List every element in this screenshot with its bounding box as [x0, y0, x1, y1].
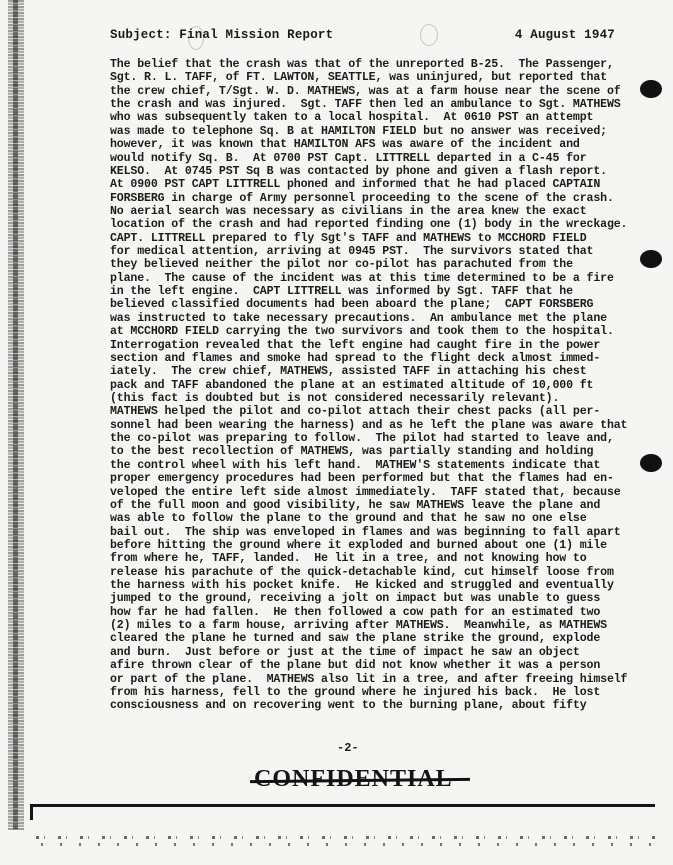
body-line: how far he had fallen. He then followed … — [110, 606, 630, 619]
body-line: iately. The crew chief, MATHEWS, assiste… — [110, 365, 630, 378]
body-line: they believed neither the pilot nor co-p… — [110, 258, 630, 271]
body-line: sonnel had been wearing the harness) and… — [110, 419, 630, 432]
body-line: before hitting the ground where it explo… — [110, 539, 630, 552]
body-line: the crash and was injured. Sgt. TAFF the… — [110, 98, 630, 111]
body-line: the co-pilot was preparing to follow. Th… — [110, 432, 630, 445]
body-line: however, it was known that HAMILTON AFS … — [110, 138, 630, 151]
footer-rule — [30, 804, 655, 807]
document-header: Subject: Final Mission Report 4 August 1… — [110, 28, 615, 44]
body-line: KELSO. At 0745 PST Sq B was contacted by… — [110, 165, 630, 178]
subject-line: Subject: Final Mission Report — [110, 28, 333, 42]
document-date: 4 August 1947 — [515, 28, 615, 42]
body-line: the control wheel with his left hand. MA… — [110, 459, 630, 472]
body-line: Interrogation revealed that the left eng… — [110, 339, 630, 352]
body-line: was instructed to take necessary precaut… — [110, 312, 630, 325]
body-line: MATHEWS helped the pilot and co-pilot at… — [110, 405, 630, 418]
body-line: from his harness, fell to the ground whe… — [110, 686, 630, 699]
body-line: cleared the plane he turned and saw the … — [110, 632, 630, 645]
body-line: afire thrown clear of the plane but did … — [110, 659, 630, 672]
body-line: who was subsequently taken to a local ho… — [110, 111, 630, 124]
body-line: FORSBERG in charge of Army personnel pro… — [110, 192, 630, 205]
body-line: the crew chief, T/Sgt. W. D. MATHEWS, wa… — [110, 85, 630, 98]
body-line: was able to follow the plane to the grou… — [110, 512, 630, 525]
body-line: believed classified documents had been a… — [110, 298, 630, 311]
body-line: No aerial search was necessary as civili… — [110, 205, 630, 218]
body-line: release his parachute of the quick-detac… — [110, 566, 630, 579]
body-line: plane. The cause of the incident was at … — [110, 272, 630, 285]
punch-hole-top — [640, 80, 662, 98]
footer-rule-corner — [30, 804, 33, 820]
scan-edge-artifact-dark — [13, 0, 18, 830]
body-line: Sgt. R. L. TAFF, of FT. LAWTON, SEATTLE,… — [110, 71, 630, 84]
body-line: At 0900 PST CAPT LITTRELL phoned and inf… — [110, 178, 630, 191]
body-line: jumped to the ground, receiving a jolt o… — [110, 592, 630, 605]
body-line: of the full moon and good visibility, he… — [110, 499, 630, 512]
report-body: The belief that the crash was that of th… — [110, 58, 630, 713]
body-line: for medical attention, arriving at 0945 … — [110, 245, 630, 258]
document-page: Subject: Final Mission Report 4 August 1… — [0, 0, 673, 865]
punch-hole-bottom — [640, 454, 662, 472]
body-line: consciousness and on recovering went to … — [110, 699, 630, 712]
body-line: location of the crash and had reported f… — [110, 218, 630, 231]
body-line: (this fact is doubted but is not conside… — [110, 392, 630, 405]
body-line: from where he, TAFF, landed. He lit in a… — [110, 552, 630, 565]
scan-noise-band — [30, 834, 660, 852]
body-line: was made to telephone Sq. B at HAMILTON … — [110, 125, 630, 138]
body-line: in the left engine. CAPT LITTRELL was in… — [110, 285, 630, 298]
page-number: -2- — [337, 741, 359, 755]
body-line: proper emergency procedures had been per… — [110, 472, 630, 485]
body-line: pack and TAFF abandoned the plane at an … — [110, 379, 630, 392]
body-line: bail out. The ship was enveloped in flam… — [110, 526, 630, 539]
body-line: (2) miles to a farm house, arriving afte… — [110, 619, 630, 632]
punch-hole-middle — [640, 250, 662, 268]
body-line: the harness with his pocket knife. He ki… — [110, 579, 630, 592]
body-line: to the best recollection of MATHEWS, was… — [110, 445, 630, 458]
body-line: veloped the entire left side almost imme… — [110, 486, 630, 499]
body-line: would notify Sq. B. At 0700 PST Capt. LI… — [110, 152, 630, 165]
body-line: and burn. Just before or just at the tim… — [110, 646, 630, 659]
body-line: at MCCHORD FIELD carrying the two surviv… — [110, 325, 630, 338]
body-line: or part of the plane. MATHEWS also lit i… — [110, 673, 630, 686]
body-line: section and flames and smoke had spread … — [110, 352, 630, 365]
body-line: The belief that the crash was that of th… — [110, 58, 630, 71]
body-line: CAPT. LITTRELL prepared to fly Sgt's TAF… — [110, 232, 630, 245]
